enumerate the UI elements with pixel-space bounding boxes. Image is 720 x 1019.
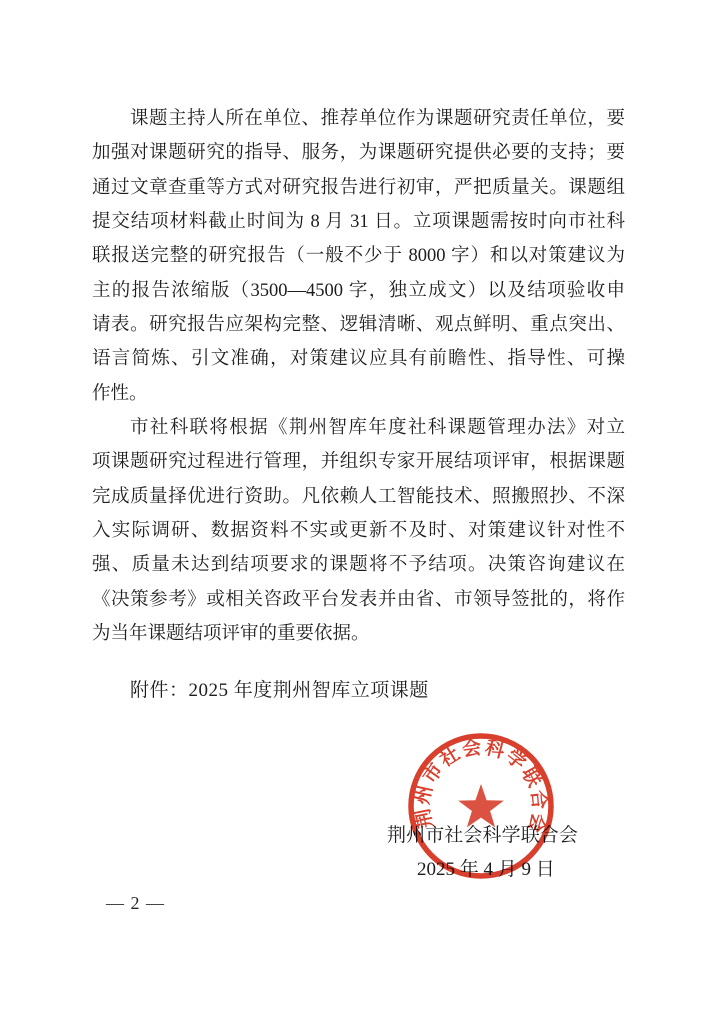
text-line: 项课题研究过程进行管理，并组织专家开展结项评审，根据课题 bbox=[92, 445, 625, 479]
text-line: 作性。 bbox=[92, 377, 625, 411]
document-page: 课题主持人所在单位、推荐单位作为课题研究责任单位，要加强对课题研究的指导、服务，… bbox=[0, 0, 720, 1019]
text-line: 强、质量未达到结项要求的课题将不予结项。决策咨询建议在 bbox=[92, 548, 625, 582]
text-line: 加强对课题研究的指导、服务，为课题研究提供必要的支持；要 bbox=[92, 136, 625, 170]
text-line: 《决策参考》或相关咨政平台发表并由省、市领导签批的，将作 bbox=[92, 583, 625, 617]
text-line: 通过文章查重等方式对研究报告进行初审，严把质量关。课题组 bbox=[92, 171, 625, 205]
text-line: 提交结项材料截止时间为 8 月 31 日。立项课题需按时向市社科 bbox=[92, 205, 625, 239]
body-text: 课题主持人所在单位、推荐单位作为课题研究责任单位，要加强对课题研究的指导、服务，… bbox=[92, 102, 625, 651]
text-line: 请表。研究报告应架构完整、逻辑清晰、观点鲜明、重点突出、 bbox=[92, 308, 625, 342]
paragraph-2: 市社科联将根据《荆州智库年度社科课题管理办法》对立项课题研究过程进行管理，并组织… bbox=[92, 411, 625, 651]
text-line: 主的报告浓缩版（3500—4500 字，独立成文）以及结项验收申 bbox=[92, 274, 625, 308]
text-line: 市社科联将根据《荆州智库年度社科课题管理办法》对立 bbox=[92, 411, 625, 445]
paragraph-1: 课题主持人所在单位、推荐单位作为课题研究责任单位，要加强对课题研究的指导、服务，… bbox=[92, 102, 625, 411]
official-seal-stamp: 荆州市社会科学联合会 bbox=[406, 731, 556, 881]
text-line: 语言简炼、引文准确，对策建议应具有前瞻性、指导性、可操 bbox=[92, 342, 625, 376]
text-line: 为当年课题结项评审的重要依据。 bbox=[92, 617, 625, 651]
text-line: 课题主持人所在单位、推荐单位作为课题研究责任单位，要 bbox=[92, 102, 625, 136]
seal-star-icon bbox=[458, 784, 504, 827]
text-line: 入实际调研、数据资料不实或更新不及时、对策建议针对性不 bbox=[92, 514, 625, 548]
text-line: 完成质量择优进行资助。凡依赖人工智能技术、照搬照抄、不深 bbox=[92, 480, 625, 514]
text-line: 联报送完整的研究报告（一般不少于 8000 字）和以对策建议为 bbox=[92, 239, 625, 273]
page-number: — 2 — bbox=[106, 893, 165, 914]
attachment-line: 附件：2025 年度荆州智库立项课题 bbox=[130, 680, 429, 703]
